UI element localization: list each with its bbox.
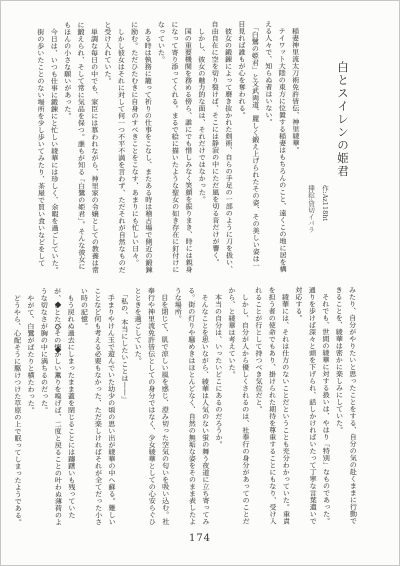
text-column: それでも、世間の綾華に対する扱いは、やはり「特別」なものであった。通りを歩けば深… xyxy=(291,286,332,524)
text-column: しかし、彼女の魅力的な面は、それだけではなかった。 xyxy=(194,21,209,275)
text-column: どうやら、心配そうに駆けつけた草原の上で眠ってしまったようである。 xyxy=(10,288,24,526)
text-column: みたり、自分がやりたいと思ったことをする、自分の気の赴くままに行動できることを、… xyxy=(332,286,360,524)
text-column: 綾華には、それは仕方のないことだということも充分わかっていた。重責を担う者の使命… xyxy=(251,287,292,525)
text-column: 単調な毎日の中でも、家臣には慕われながら、神里家の令嬢としての教養は常に鍛えられ… xyxy=(60,21,101,275)
text-column: しかし、自分が人から優しくされるのは、社奉行の身分があってのことだから、と綾華は… xyxy=(224,287,252,525)
illustrator-credit: 挿絵:貸切イバラ xyxy=(304,185,318,277)
text-column: 「私の、本当にしたいことは——」 xyxy=(117,287,131,525)
text-column: 手まりやけん玉で遊んでいた幼少の頃の思い出が綾華の中へ蘇る。難しいことなど何も考… xyxy=(77,287,118,525)
text-column: 街の歩いたことのない場所を少し歩いてみたり、茶屋で買い食いなどをして xyxy=(33,21,48,275)
text-column: ある時は執務に籠って祈りの仕事をこなし、またある時は稽古場で側近の鍛錬に励む。た… xyxy=(127,21,155,275)
text-column: 稲妻神里流太刀術免許皆伝、神里綾華。 xyxy=(288,20,303,274)
text-column: 本当の自分は、いったいどこにあるのだろうか。 xyxy=(211,287,225,525)
text-column: 今日は、いつも仕事に鍛錬にと忙しい綾華には珍しく、余暇を過ごしていた。 xyxy=(47,21,62,275)
text-column: 「白鷺の姫君」と文武両道、麗しく鍛え上げられたその姿、その美しい姿は一目見れば誰… xyxy=(234,21,262,275)
page-container: 白とスイレンの姫君 作:Az118ht 挿絵:貸切イバラ 稲妻神里流太刀術免許皆… xyxy=(0,0,400,566)
text-column: そんなことを思いながら、綾華は人気のない蛍の舞う夜道に立ち寄ってみる。街の灯りや… xyxy=(171,287,212,525)
text-column: 彼女の鍛錬によって磨き抜かれた剣術、自らの手足の一部のように刀を扱い、自由自在に… xyxy=(208,21,236,275)
scene-break-marks: ◆ ◇ ◆ xyxy=(52,300,64,360)
text-column: しかし彼女はそれに対して何一つ不平不満を言わず、ただそれが自然なものだと受け入れ… xyxy=(100,21,128,275)
text-column: やがて、白鷺がぱたりと横たわった。 xyxy=(23,288,37,526)
text-column: 目を閉じて、肌で涼しい風を感じ、澄み切った空気の匂いを吸い込む。社奉行や神里流免… xyxy=(131,287,172,525)
text-column: 国の重要機関を務める傍ら、誰にでも惜しみなく笑顔を振りまき、時には親身になって寄… xyxy=(154,21,195,275)
story-title: 白とスイレンの姫君 xyxy=(335,61,351,191)
credits-block: 作:Az118ht 挿絵:貸切イバラ xyxy=(298,185,332,277)
text-column: テイワット大陸の東方に位置する稲妻はもちろんのこと、遠くこの地に居を構える人々で… xyxy=(261,20,289,274)
author-credit: 作:Az118ht xyxy=(318,185,332,277)
page-number: 174 xyxy=(1,533,399,544)
top-text-block: 稲妻神里流太刀術免許皆伝、神里綾華。 テイワット大陸の東方に位置する稲妻はもちろ… xyxy=(9,20,302,275)
